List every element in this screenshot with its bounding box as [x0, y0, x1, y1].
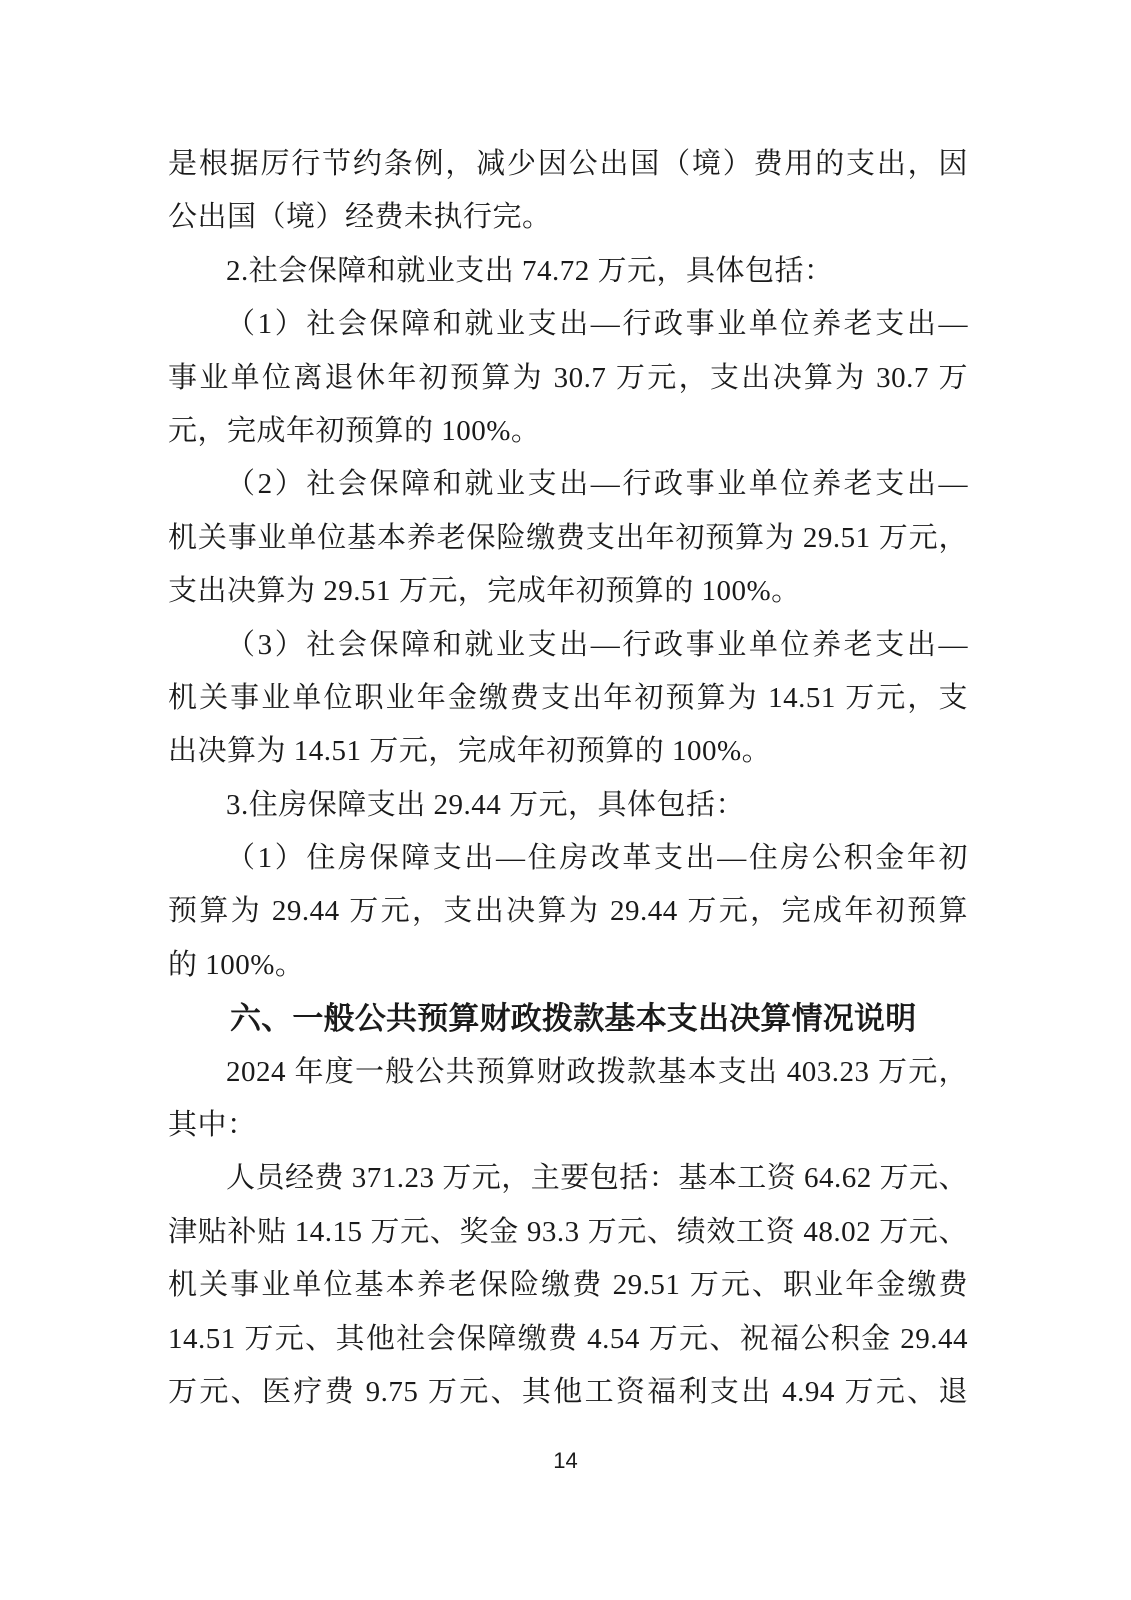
text-line: 其中： — [168, 1099, 968, 1152]
text-line: 元，完成年初预算的 100%。 — [168, 405, 968, 458]
text-line: 机关事业单位基本养老保险缴费 29.51 万元、职业年金缴费 — [168, 1259, 968, 1312]
text-line: 机关事业单位职业年金缴费支出年初预算为 14.51 万元，支 — [168, 672, 968, 725]
text-line: 公出国（境）经费未执行完。 — [168, 191, 968, 244]
text-line: （1）社会保障和就业支出—行政事业单位养老支出— — [168, 298, 968, 351]
text-line: 事业单位离退休年初预算为 30.7 万元，支出决算为 30.7 万 — [168, 352, 968, 405]
text-line: 2024 年度一般公共预算财政拨款基本支出 403.23 万元， — [168, 1046, 968, 1099]
text-line: （2）社会保障和就业支出—行政事业单位养老支出— — [168, 458, 968, 511]
text-line: 人员经费 371.23 万元，主要包括：基本工资 64.62 万元、 — [168, 1152, 968, 1205]
text-line: 2.社会保障和就业支出 74.72 万元，具体包括： — [168, 245, 968, 298]
text-line: 预算为 29.44 万元，支出决算为 29.44 万元，完成年初预算 — [168, 885, 968, 938]
text-line: 3.住房保障支出 29.44 万元，具体包括： — [168, 779, 968, 832]
text-line: 出决算为 14.51 万元，完成年初预算的 100%。 — [168, 725, 968, 778]
text-line: 支出决算为 29.51 万元，完成年初预算的 100%。 — [168, 565, 968, 618]
text-line: 的 100%。 — [168, 939, 968, 992]
text-line: 津贴补贴 14.15 万元、奖金 93.3 万元、绩效工资 48.02 万元、 — [168, 1206, 968, 1259]
text-line: 机关事业单位基本养老保险缴费支出年初预算为 29.51 万元， — [168, 512, 968, 565]
text-line: 万元、医疗费 9.75 万元、其他工资福利支出 4.94 万元、退 — [168, 1366, 968, 1419]
text-line: （3）社会保障和就业支出—行政事业单位养老支出— — [168, 619, 968, 672]
text-line: 14.51 万元、其他社会保障缴费 4.54 万元、祝福公积金 29.44 — [168, 1313, 968, 1366]
page-number: 14 — [0, 1448, 1131, 1474]
text-line: （1）住房保障支出—住房改革支出—住房公积金年初 — [168, 832, 968, 885]
document-body: 是根据厉行节约条例，减少因公出国（境）费用的支出，因公出国（境）经费未执行完。2… — [168, 138, 968, 1419]
document-page: 是根据厉行节约条例，减少因公出国（境）费用的支出，因公出国（境）经费未执行完。2… — [0, 0, 1131, 1600]
section-heading: 六、一般公共预算财政拨款基本支出决算情况说明 — [168, 992, 968, 1045]
text-line: 是根据厉行节约条例，减少因公出国（境）费用的支出，因 — [168, 138, 968, 191]
